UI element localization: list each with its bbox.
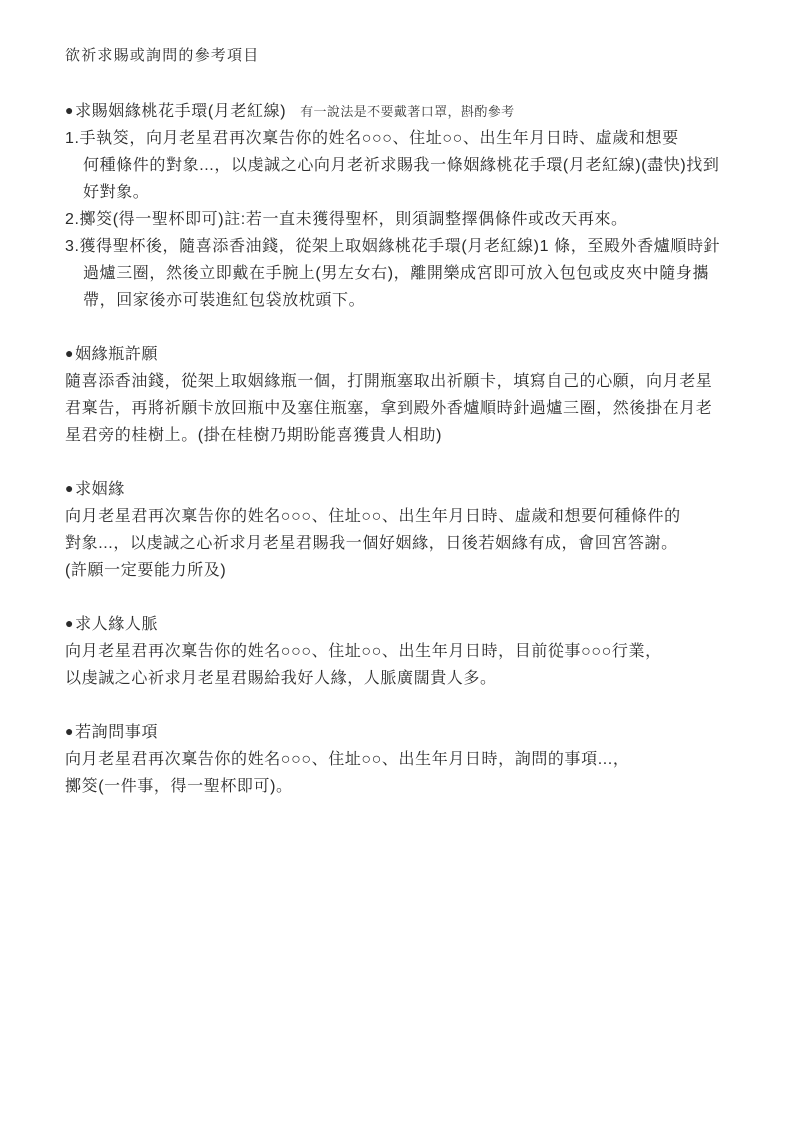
paragraph-line: 向月老星君再次稟告你的姓名○○○、住址○○、出生年月日時，目前從事○○○行業， <box>65 638 745 665</box>
section-ask-questions: ●若詢問事項 向月老星君再次稟告你的姓名○○○、住址○○、出生年月日時，詢問的事… <box>65 718 745 800</box>
numbered-step-line: 何種條件的對象...，以虔誠之心向月老祈求賜我一條姻緣桃花手環(月老紅線)(盡快… <box>65 152 745 179</box>
section-heading-row: ●求姻緣 <box>65 475 745 503</box>
paragraph-line: 君稟告，再將祈願卡放回瓶中及塞住瓶塞，拿到殿外香爐順時針過爐三圈，然後掛在月老 <box>65 395 745 422</box>
numbered-step-line: 好對象。 <box>65 179 745 206</box>
numbered-step-line: 1.手執筊，向月老星君再次稟告你的姓名○○○、住址○○、出生年月日時、虛歲和想要 <box>65 125 745 152</box>
bullet-icon: ● <box>65 345 74 361</box>
section-heading: 若詢問事項 <box>75 724 158 741</box>
paragraph-line: 以虔誠之心祈求月老星君賜給我好人緣，人脈廣闊貴人多。 <box>65 665 745 692</box>
section-wish-bottle: ●姻緣瓶許願 隨喜添香油錢，從架上取姻緣瓶一個，打開瓶塞取出祈願卡，填寫自己的心… <box>65 340 745 449</box>
section-heading-row: ●姻緣瓶許願 <box>65 340 745 368</box>
section-bracelet-request: ●求賜姻緣桃花手環(月老紅線)有一說法是不要戴著口罩，斟酌參考 1.手執筊，向月… <box>65 97 745 314</box>
paragraph-line: 向月老星君再次稟告你的姓名○○○、住址○○、出生年月日時，詢問的事項...， <box>65 746 745 773</box>
paragraph-line: (許願一定要能力所及) <box>65 557 745 584</box>
section-pray-connections: ●求人緣人脈 向月老星君再次稟告你的姓名○○○、住址○○、出生年月日時，目前從事… <box>65 610 745 692</box>
bullet-icon: ● <box>65 723 74 739</box>
numbered-step-line: 3.獲得聖杯後，隨喜添香油錢，從架上取姻緣桃花手環(月老紅線)1 條，至殿外香爐… <box>65 233 745 260</box>
bullet-icon: ● <box>65 480 74 496</box>
section-heading: 求姻緣 <box>75 481 125 498</box>
section-heading-row: ●若詢問事項 <box>65 718 745 746</box>
numbered-step-line: 2.擲筊(得一聖杯即可)註:若一直未獲得聖杯，則須調整擇偶條件或改天再來。 <box>65 206 745 233</box>
section-note: 有一說法是不要戴著口罩，斟酌參考 <box>300 104 514 119</box>
section-heading: 求賜姻緣桃花手環(月老紅線) <box>75 103 286 120</box>
section-pray-marriage: ●求姻緣 向月老星君再次稟告你的姓名○○○、住址○○、出生年月日時、虛歲和想要何… <box>65 475 745 584</box>
document-page: 欲祈求賜或詢問的參考項目 ●求賜姻緣桃花手環(月老紅線)有一說法是不要戴著口罩，… <box>0 0 800 800</box>
paragraph-line: 星君旁的桂樹上。(掛在桂樹乃期盼能喜獲貴人相助) <box>65 422 745 449</box>
section-heading-row: ●求人緣人脈 <box>65 610 745 638</box>
section-heading-row: ●求賜姻緣桃花手環(月老紅線)有一說法是不要戴著口罩，斟酌參考 <box>65 97 745 125</box>
bullet-icon: ● <box>65 102 74 118</box>
paragraph-line: 隨喜添香油錢，從架上取姻緣瓶一個，打開瓶塞取出祈願卡，填寫自己的心願，向月老星 <box>65 368 745 395</box>
paragraph-line: 向月老星君再次稟告你的姓名○○○、住址○○、出生年月日時、虛歲和想要何種條件的 <box>65 503 745 530</box>
paragraph-line: 擲筊(一件事，得一聖杯即可)。 <box>65 773 745 800</box>
numbered-step-line: 帶，回家後亦可裝進紅包袋放枕頭下。 <box>65 287 745 314</box>
paragraph-line: 對象...，以虔誠之心祈求月老星君賜我一個好姻緣，日後若姻緣有成，會回宮答謝。 <box>65 530 745 557</box>
numbered-step-line: 過爐三圈，然後立即戴在手腕上(男左女右)，離開樂成宮即可放入包包或皮夾中隨身攜 <box>65 260 745 287</box>
page-title: 欲祈求賜或詢問的參考項目 <box>65 44 745 65</box>
section-heading: 求人緣人脈 <box>75 616 158 633</box>
bullet-icon: ● <box>65 615 74 631</box>
section-heading: 姻緣瓶許願 <box>75 346 158 363</box>
